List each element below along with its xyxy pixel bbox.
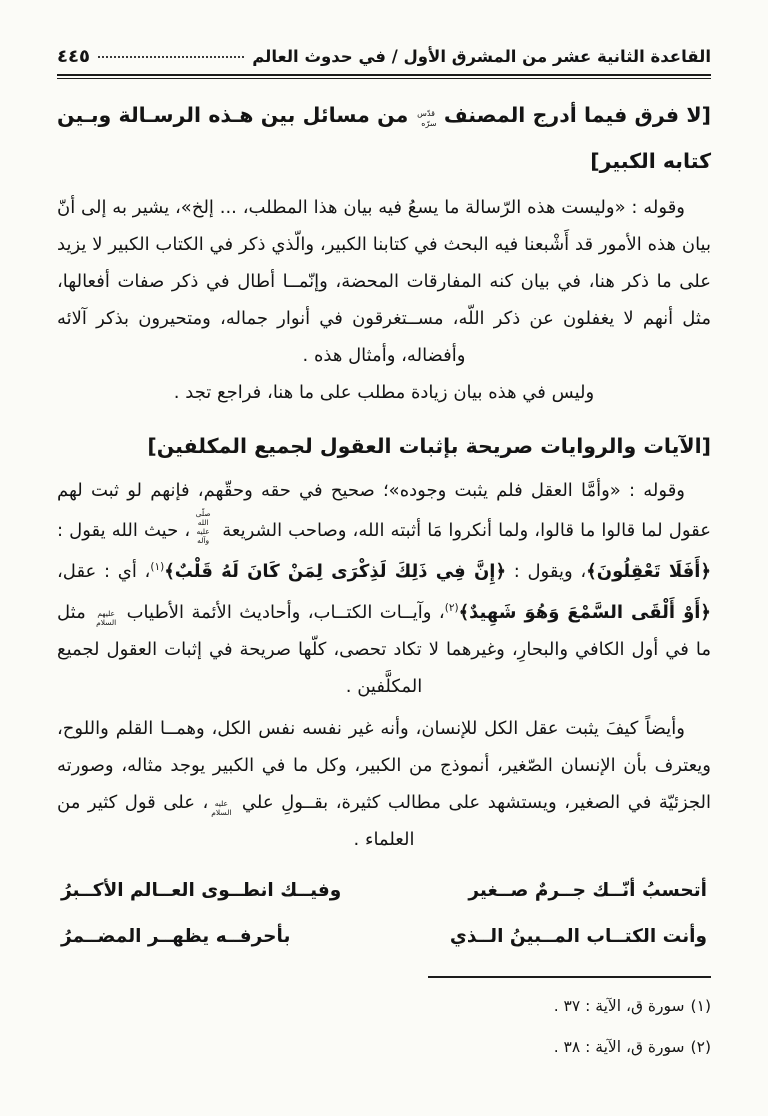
section-heading-difference: [لا فرق فيما أدرج المصنف قدّس سرّه من مس… <box>57 92 711 184</box>
body-text: ، ويقول : <box>506 561 586 582</box>
honorific-alayhis-salam: عليه السلام <box>208 799 234 817</box>
footnote-text: سورة ق، الآية : ٣٨ . <box>554 1038 685 1056</box>
hemistich-right: أتحسبُ أنّــك جــرمٌ صــغير <box>468 868 707 914</box>
footnote-marker-1: (١) <box>150 561 164 573</box>
footnotes-block: (١)سورة ق، الآية : ٣٧ . (٢)سورة ق، الآية… <box>57 986 711 1068</box>
hemistich-left: وفيــك انطــوى العــالم الأكــبرُ <box>61 868 341 914</box>
poetry-block: أتحسبُ أنّــك جــرمٌ صــغير وفيــك انطــ… <box>61 868 707 960</box>
paragraph-commentary: وقوله : «وليست هذه الرّسالة ما يسعُ فيه … <box>57 189 711 374</box>
running-header: القاعدة الثانية عشر من المشرق الأول / في… <box>57 46 711 67</box>
verse-line: أتحسبُ أنّــك جــرمٌ صــغير وفيــك انطــ… <box>61 868 707 914</box>
footnote-number: (١) <box>691 997 711 1015</box>
footnote-separator <box>428 976 711 978</box>
honorific-quddisa: قدّس سرّه <box>416 109 437 128</box>
chapter-title: القاعدة الثانية عشر من المشرق الأول / في… <box>252 47 711 66</box>
paragraph-ayat: وقوله : «وأمَّا العقل فلم يثبت وجوده»؛ ص… <box>57 472 711 705</box>
body-text: ، وآيــات الكتــاب، وأحاديث الأئمة الأطي… <box>119 602 445 623</box>
honorific-alayhim-salam: عليهم السلام <box>93 609 119 627</box>
body-text: ، أي : عقل، <box>57 561 150 582</box>
hemistich-right: وأنت الكتــاب المــبينُ الــذي <box>450 914 707 960</box>
footnote-item: (١)سورة ق، الآية : ٣٧ . <box>57 986 711 1027</box>
footnote-number: (٢) <box>691 1038 711 1056</box>
hemistich-left: بأحرفــه يظهــر المضــمرُ <box>61 914 290 960</box>
verse-line: وأنت الكتــاب المــبينُ الــذي بأحرفــه … <box>61 914 707 960</box>
book-page: القاعدة الثانية عشر من المشرق الأول / في… <box>0 0 768 1116</box>
footnote-item: (٢)سورة ق، الآية : ٣٨ . <box>57 1027 711 1068</box>
section-heading-ayat: [الآيات والروايات صريحة بإثبات العقول لج… <box>57 425 711 467</box>
quran-quote: ﴿أَوْ أَلْقَى السَّمْعَ وَهُوَ شَهِيدٌ﴾ <box>459 602 711 623</box>
quran-quote: ﴿أَفَلَا تَعْقِلُونَ﴾ <box>586 561 711 582</box>
footnote-text: سورة ق، الآية : ٣٧ . <box>554 997 685 1015</box>
body-text: ، حيث الله يقول : <box>57 520 190 541</box>
page-number: ٤٤٥ <box>57 46 90 67</box>
quran-quote: ﴿إِنَّ فِي ذَلِكَ لَذِكْرَى لِمَنْ كَانَ… <box>164 561 506 582</box>
header-rule <box>57 74 711 79</box>
footnote-marker-2: (٢) <box>445 602 459 614</box>
paragraph-aql-kull: وأيضاً كيفَ يثبت عقل الكل للإنسان، وأنه … <box>57 710 711 858</box>
heading-text: [لا فرق فيما أدرج المصنف <box>437 103 711 127</box>
dotted-leader <box>98 56 244 58</box>
paragraph-closing-line: وليس في هذه بيان زيادة مطلب على ما هنا، … <box>57 374 711 411</box>
honorific-salawat: صلّى الله عليه وآله <box>190 509 216 545</box>
